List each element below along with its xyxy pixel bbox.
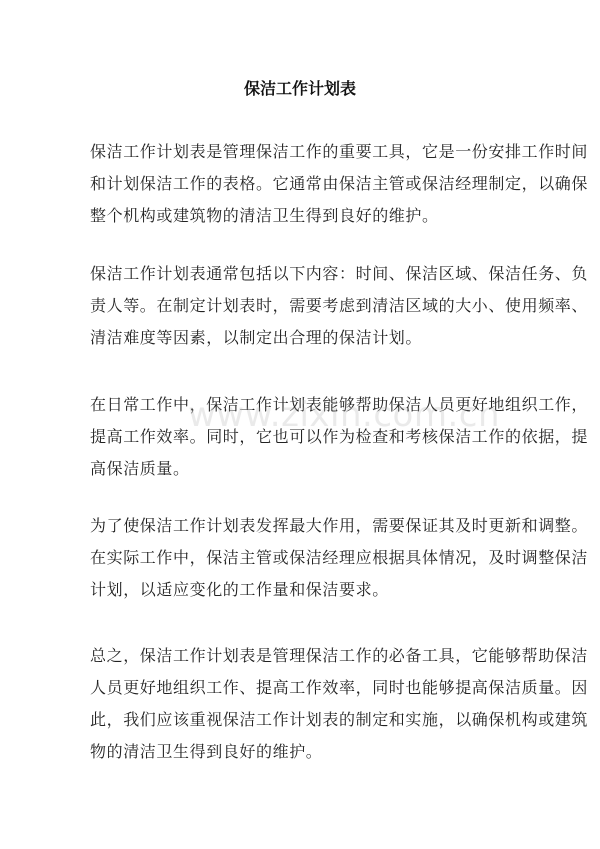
document-page: 保洁工作计划表 保洁工作计划表是管理保洁工作的重要工具，它是一份安排工作时间 和… [0, 0, 600, 849]
paragraph-4: 为了使保洁工作计划表发挥最大作用，需要保证其及时更新和调整。 在实际工作中，保洁… [90, 510, 512, 606]
paragraph-line: 整个机构或建筑物的清洁卫生得到良好的维护。 [90, 200, 512, 232]
paragraph-line: 保洁工作计划表是管理保洁工作的重要工具，它是一份安排工作时间 [90, 136, 512, 168]
paragraph-line: 为了使保洁工作计划表发挥最大作用，需要保证其及时更新和调整。 [90, 510, 512, 542]
paragraph-line: 清洁难度等因素，以制定出合理的保洁计划。 [90, 322, 512, 354]
paragraph-line: 高保洁质量。 [90, 453, 512, 485]
paragraph-line: 在日常工作中，保洁工作计划表能够帮助保洁人员更好地组织工作， [90, 389, 512, 421]
paragraph-line: 提高工作效率。同时，它也可以作为检查和考核保洁工作的依据，提 [90, 421, 512, 453]
paragraph-line: 物的清洁卫生得到良好的维护。 [90, 736, 512, 768]
paragraph-line: 总之，保洁工作计划表是管理保洁工作的必备工具，它能够帮助保洁 [90, 640, 512, 672]
paragraph-line: 和计划保洁工作的表格。它通常由保洁主管或保洁经理制定，以确保 [90, 168, 512, 200]
document-title: 保洁工作计划表 [0, 77, 600, 101]
paragraph-3: 在日常工作中，保洁工作计划表能够帮助保洁人员更好地组织工作， 提高工作效率。同时… [90, 389, 512, 485]
paragraph-line: 在实际工作中，保洁主管或保洁经理应根据具体情况，及时调整保洁 [90, 542, 512, 574]
paragraph-1: 保洁工作计划表是管理保洁工作的重要工具，它是一份安排工作时间 和计划保洁工作的表… [90, 136, 512, 232]
paragraph-line: 计划，以适应变化的工作量和保洁要求。 [90, 574, 512, 606]
paragraph-5: 总之，保洁工作计划表是管理保洁工作的必备工具，它能够帮助保洁 人员更好地组织工作… [90, 640, 512, 768]
paragraph-line: 此，我们应该重视保洁工作计划表的制定和实施，以确保机构或建筑 [90, 704, 512, 736]
paragraph-2: 保洁工作计划表通常包括以下内容：时间、保洁区域、保洁任务、负 责人等。在制定计划… [90, 258, 512, 354]
paragraph-line: 责人等。在制定计划表时，需要考虑到清洁区域的大小、使用频率、 [90, 290, 512, 322]
paragraph-line: 保洁工作计划表通常包括以下内容：时间、保洁区域、保洁任务、负 [90, 258, 512, 290]
paragraph-line: 人员更好地组织工作、提高工作效率，同时也能够提高保洁质量。因 [90, 672, 512, 704]
